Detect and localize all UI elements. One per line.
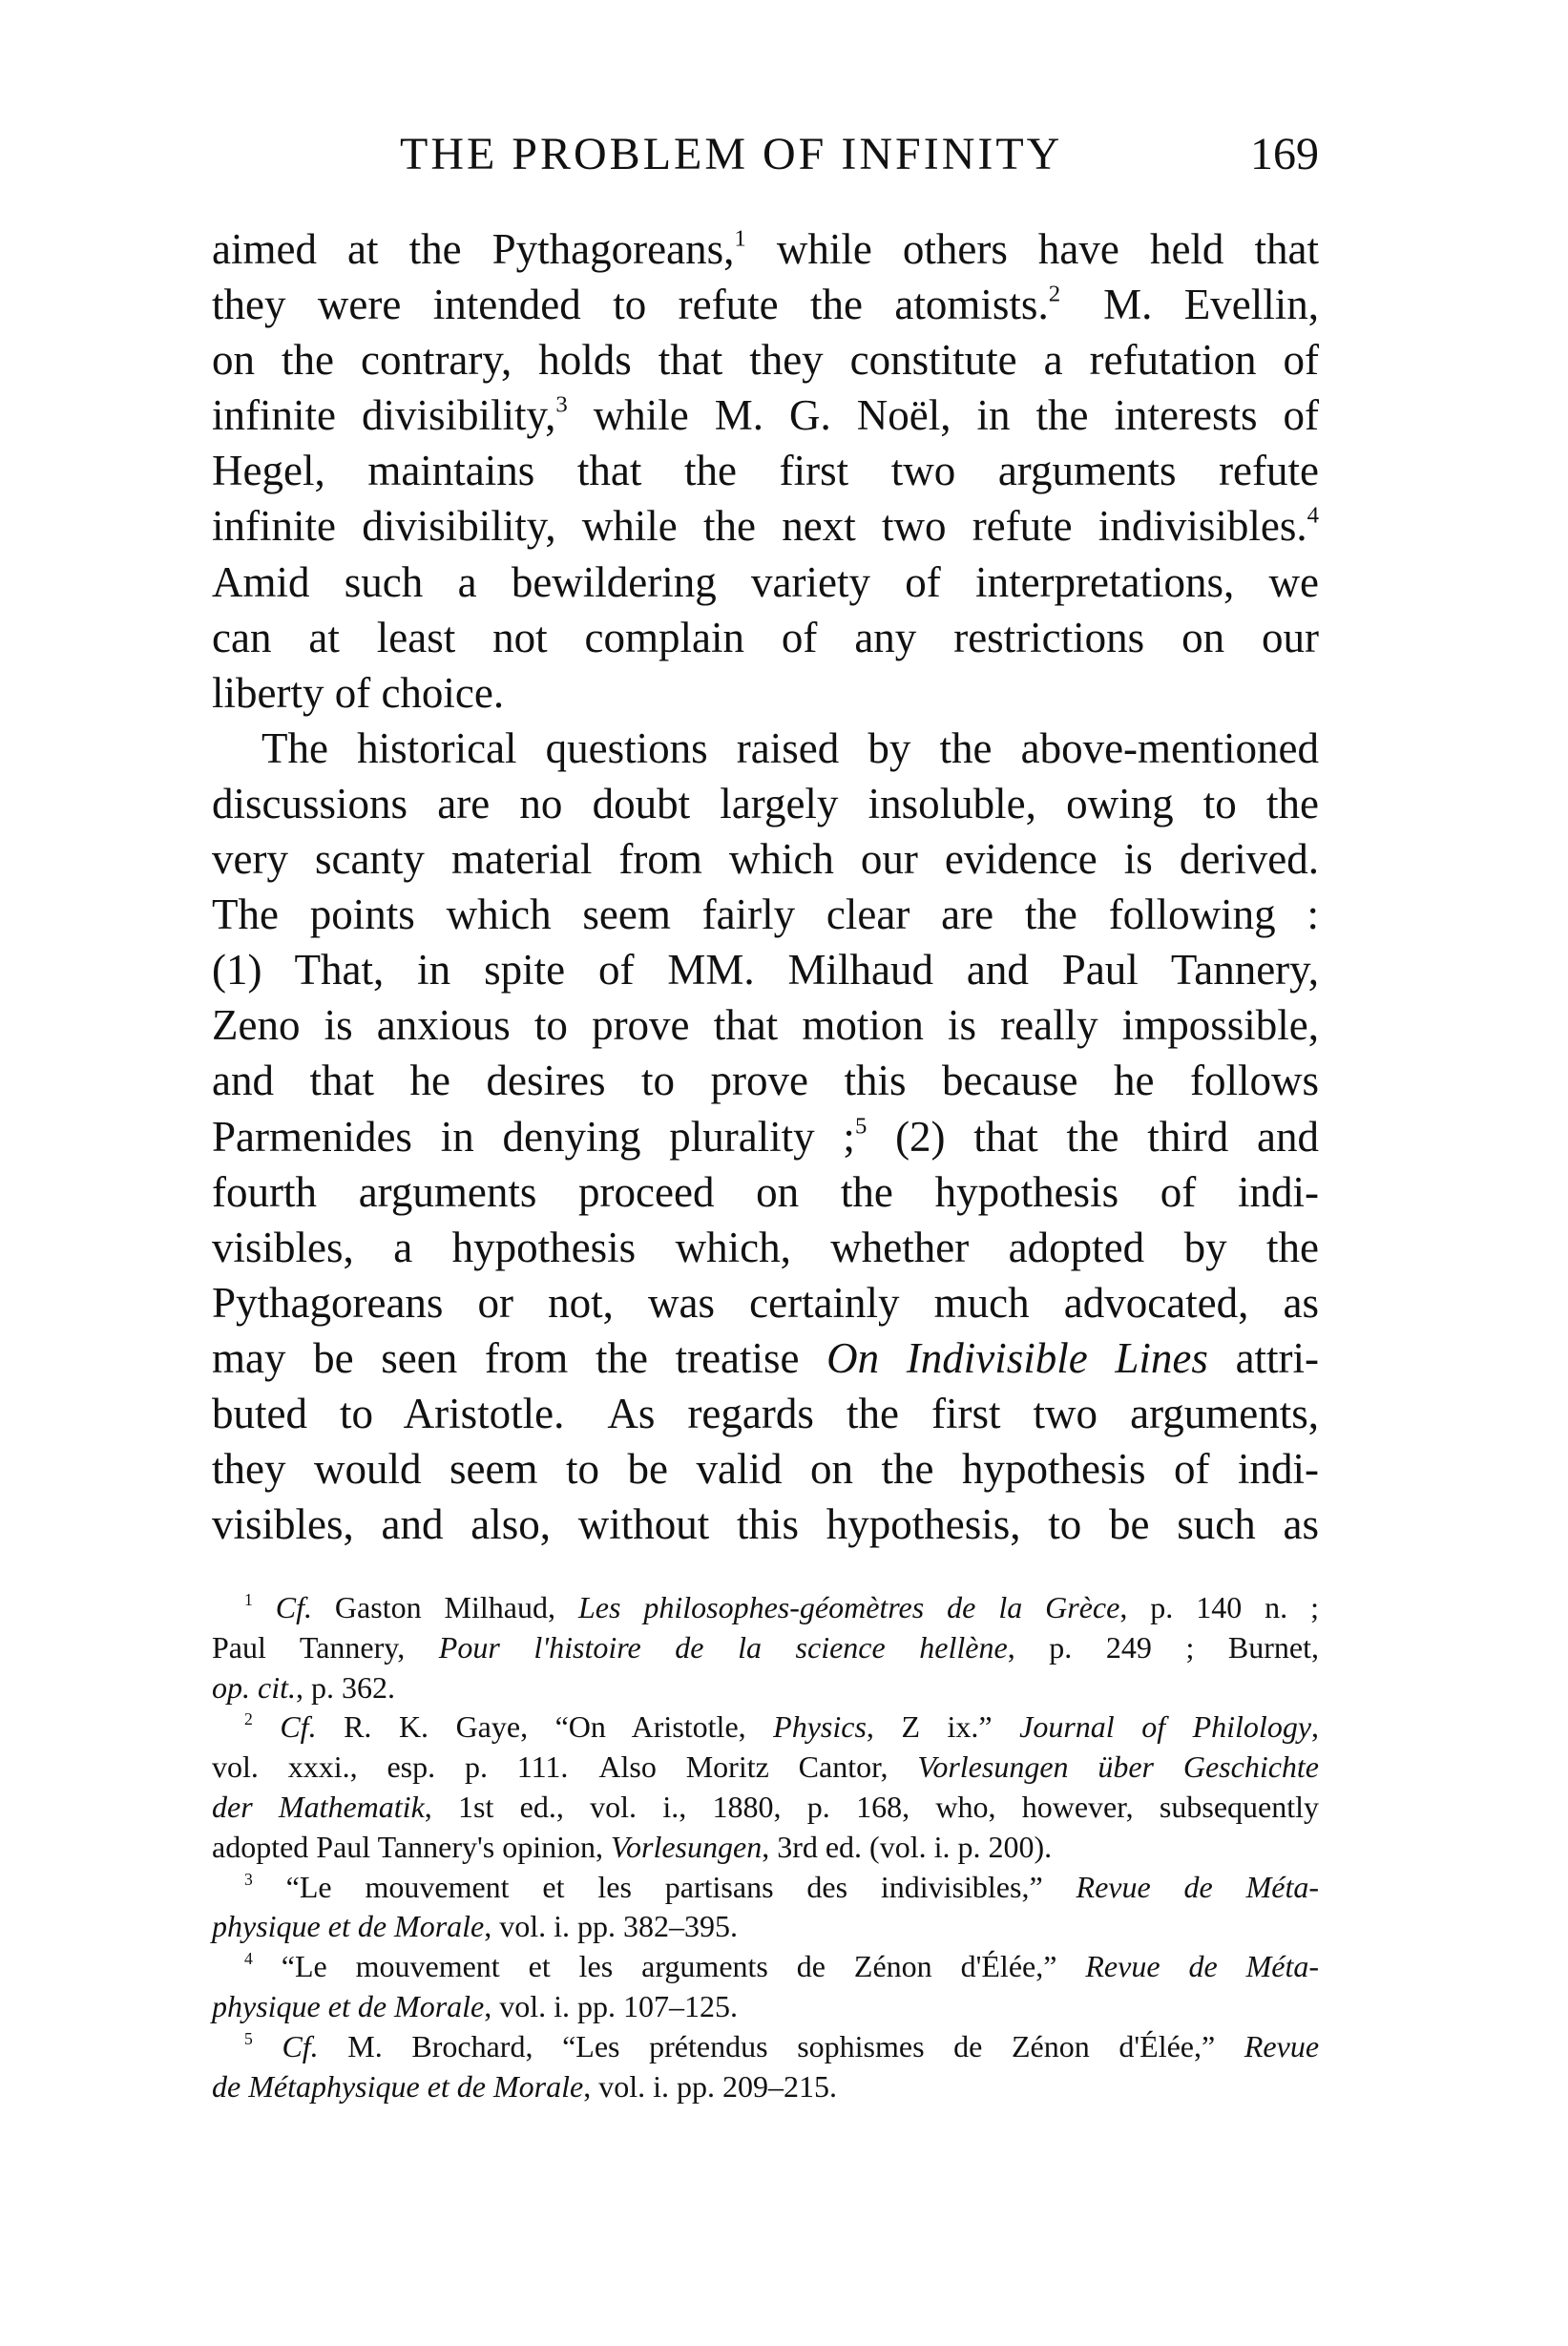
footnote-line: 4 “Le mouvement et les arguments de Zéno… [212, 1947, 1319, 1987]
text-line: discussions are no doubt largely insolub… [212, 776, 1319, 831]
footnote-line: 3 “Le mouvement et les partisans des ind… [212, 1868, 1319, 1908]
text-line: Hegel, maintains that the first two argu… [212, 443, 1319, 498]
footnote-line: 2 Cf. R. K. Gaye, “On Aristotle, Physics… [212, 1707, 1319, 1748]
footnotes: 1 Cf. Gaston Milhaud, Les philosophes-gé… [212, 1588, 1319, 2106]
text-line: and that he desires to prove this becaus… [212, 1053, 1319, 1108]
footnote-ref[interactable]: 2 [1049, 282, 1060, 307]
footnote-line: adopted Paul Tannery's opinion, Vorlesun… [212, 1828, 1319, 1868]
footnote-1: 1 Cf. Gaston Milhaud, Les philosophes-gé… [212, 1588, 1319, 1707]
text-line: very scanty material from which our evid… [212, 831, 1319, 887]
footnote-line: der Mathematik, 1st ed., vol. i., 1880, … [212, 1788, 1319, 1828]
text-line: they were intended to refute the atomist… [212, 277, 1319, 332]
footnote-marker: 2 [244, 1709, 253, 1728]
paragraph-1: aimed at the Pythagoreans,1 while others… [212, 221, 1319, 721]
footnote-ref[interactable]: 5 [855, 1113, 867, 1139]
text-line: Pythagoreans or not, was certainly much … [212, 1275, 1319, 1330]
footnote-line: op. cit., p. 362. [212, 1668, 1319, 1708]
text-line: infinite divisibility,3 while M. G. Noël… [212, 388, 1319, 443]
footnote-line: 1 Cf. Gaston Milhaud, Les philosophes-gé… [212, 1588, 1319, 1628]
text-line: The historical questions raised by the a… [212, 721, 1319, 776]
text-line: may be seen from the treatise On Indivis… [212, 1330, 1319, 1386]
footnote-line: 5 Cf. M. Brochard, “Les prétendus sophis… [212, 2027, 1319, 2067]
text-line: (1) That, in spite of MM. Milhaud and Pa… [212, 942, 1319, 997]
text-line: aimed at the Pythagoreans,1 while others… [212, 221, 1319, 277]
footnote-line: vol. xxxi., esp. p. 111. Also Moritz Can… [212, 1748, 1319, 1788]
text-line: they would seem to be valid on the hypot… [212, 1441, 1319, 1497]
text-line: infinite divisibility, while the next tw… [212, 498, 1319, 554]
text-line: visibles, and also, without this hypothe… [212, 1497, 1319, 1552]
footnote-line: physique et de Morale, vol. i. pp. 107–1… [212, 1987, 1319, 2027]
text-line: Zeno is anxious to prove that motion is … [212, 997, 1319, 1053]
footnote-ref[interactable]: 1 [734, 225, 745, 251]
footnote-marker: 4 [244, 1949, 253, 1968]
text-line: The points which seem fairly clear are t… [212, 887, 1319, 942]
italic-title: On Indivisible Lines [826, 1334, 1208, 1382]
footnote-line: Paul Tannery, Pour l'histoire de la scie… [212, 1628, 1319, 1668]
book-page: THE PROBLEM OF INFINITY 169 aimed at the… [0, 0, 1568, 2346]
text-line: Parmenides in denying plurality ;5 (2) t… [212, 1109, 1319, 1164]
footnote-5: 5 Cf. M. Brochard, “Les prétendus sophis… [212, 2027, 1319, 2107]
footnote-ref[interactable]: 3 [555, 392, 567, 418]
footnote-marker: 1 [244, 1590, 253, 1609]
text-line: Amid such a bewildering variety of inter… [212, 555, 1319, 610]
body-text: aimed at the Pythagoreans,1 while others… [212, 221, 1319, 1552]
page-number: 169 [1250, 126, 1319, 183]
footnote-marker: 3 [244, 1869, 253, 1888]
footnote-marker: 5 [244, 2029, 253, 2048]
text-line: on the contrary, holds that they constit… [212, 332, 1319, 388]
footnote-line: de Métaphysique et de Morale, vol. i. pp… [212, 2067, 1319, 2107]
footnote-3: 3 “Le mouvement et les partisans des ind… [212, 1868, 1319, 1948]
text-line: fourth arguments proceed on the hypothes… [212, 1164, 1319, 1220]
text-line: buted to Aristotle. As regards the first… [212, 1386, 1319, 1441]
text-line: can at least not complain of any restric… [212, 610, 1319, 665]
running-title: THE PROBLEM OF INFINITY [400, 126, 1062, 183]
footnote-2: 2 Cf. R. K. Gaye, “On Aristotle, Physics… [212, 1707, 1319, 1867]
paragraph-2: The historical questions raised by the a… [212, 721, 1319, 1552]
text-line: liberty of choice. [212, 665, 1319, 721]
footnote-line: physique et de Morale, vol. i. pp. 382–3… [212, 1907, 1319, 1947]
footnote-ref[interactable]: 4 [1307, 503, 1319, 529]
text-line: visibles, a hypothesis which, whether ad… [212, 1220, 1319, 1275]
running-head: THE PROBLEM OF INFINITY 169 [212, 126, 1319, 183]
footnote-4: 4 “Le mouvement et les arguments de Zéno… [212, 1947, 1319, 2027]
